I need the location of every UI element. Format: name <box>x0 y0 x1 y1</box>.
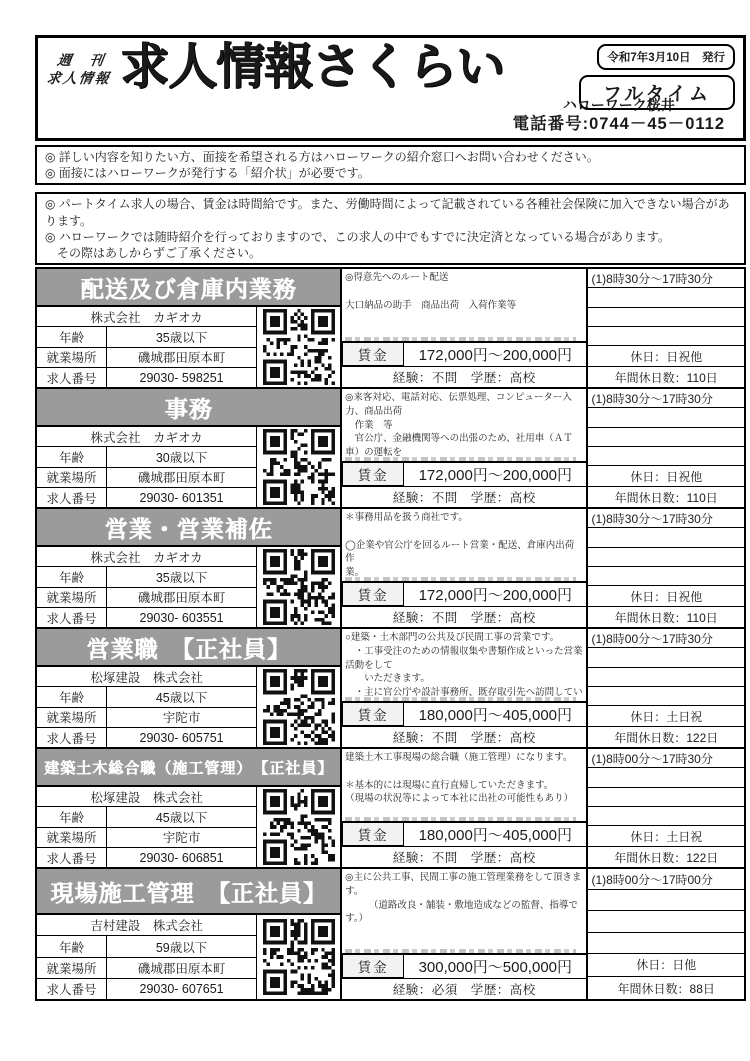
holidays: 休日：土日祝 <box>588 826 744 847</box>
job-number-label: 求人番号 <box>37 488 107 507</box>
age-row: 年齢 59歳以下 <box>37 936 256 957</box>
weekly-label: 週 刊 求人情報 <box>46 52 115 87</box>
company-name: 吉村建設 株式会社 <box>90 916 203 934</box>
location-label: 就業場所 <box>37 708 107 727</box>
job-left-panel: 現場施工管理 【正社員】 吉村建設 株式会社 年齢 59歳以下 就業場所 磯城郡… <box>37 869 340 999</box>
age-value: 35歳以下 <box>107 568 256 586</box>
empty-row <box>588 911 744 932</box>
working-hours: (1)8時00分～17時30分 <box>588 629 744 648</box>
job-info-table: 松塚建設 株式会社 年齢 45歳以下 就業場所 宇陀市 求人番号 29030- … <box>37 667 340 747</box>
age-row: 年齢 30歳以下 <box>37 447 256 467</box>
company-row: 松塚建設 株式会社 <box>37 787 256 807</box>
company-row: 松塚建設 株式会社 <box>37 667 256 687</box>
qr-code <box>256 547 340 627</box>
empty-row <box>588 408 744 427</box>
issue-date-badge: 令和7年3月10日 発行 <box>597 44 735 70</box>
job-number-label: 求人番号 <box>37 608 107 627</box>
qr-code <box>256 915 340 999</box>
job-number-value: 29030- 606851 <box>107 851 256 865</box>
age-label: 年齢 <box>37 447 107 466</box>
page-title: 求人情報さくらい <box>120 42 504 93</box>
experience-education: 経験：不問 学歴：高校 <box>342 726 586 747</box>
location-label: 就業場所 <box>37 348 107 367</box>
job-list: 配送及び倉庫内業務 株式会社 カギオカ 年齢 35歳以下 就業場所 磯城郡田原本… <box>35 267 746 1001</box>
location-label: 就業場所 <box>37 588 107 607</box>
age-row: 年齢 35歳以下 <box>37 567 256 587</box>
location-row: 就業場所 宇陀市 <box>37 828 256 848</box>
job-number-row: 求人番号 29030- 603551 <box>37 608 256 627</box>
annual-holidays: 年間休日数：110日 <box>588 367 744 387</box>
location-value: 磯城郡田原本町 <box>107 348 256 366</box>
age-label: 年齢 <box>37 936 107 956</box>
job-title: 現場施工管理 【正社員】 <box>50 875 327 908</box>
job-right-panel: (1)8時00分～17時30分 休日：土日祝 年間休日数：122日 <box>586 629 744 747</box>
job-card: 事務 株式会社 カギオカ 年齢 30歳以下 就業場所 磯城郡田原本町 <box>35 387 746 509</box>
empty-row <box>588 327 744 346</box>
job-title-bar: 現場施工管理 【正社員】 <box>37 869 340 915</box>
job-description: ◎来客対応、電話対応、伝票処理、コンピューター入 力、商品出荷 作業 等 官公庁… <box>342 389 586 457</box>
job-number-row: 求人番号 29030- 606851 <box>37 848 256 867</box>
wage-value: 172,000円～200,000円 <box>404 463 586 486</box>
holidays: 休日：日他 <box>588 954 744 977</box>
empty-row <box>588 308 744 327</box>
wage-value: 172,000円～200,000円 <box>404 343 586 366</box>
empty-row <box>588 528 744 547</box>
age-row: 年齢 45歳以下 <box>37 687 256 707</box>
wage-label: 賃金 <box>342 342 404 366</box>
job-mid-panel: ◎来客対応、電話対応、伝票処理、コンピューター入 力、商品出荷 作業 等 官公庁… <box>340 389 586 507</box>
empty-row <box>588 648 744 667</box>
notice-box-conditions: ◎ パートタイム求人の場合、賃金は時間給です。また、労働時間によって記載されてい… <box>35 192 746 265</box>
company-name: 松塚建設 株式会社 <box>90 788 203 806</box>
age-row: 年齢 45歳以下 <box>37 807 256 827</box>
job-left-panel: 営業・営業補佐 株式会社 カギオカ 年齢 35歳以下 就業場所 磯城郡田原本町 <box>37 509 340 627</box>
office-contact: ハローワーク桜井 電話番号:0744－45－0112 <box>513 97 725 135</box>
clipped-text-artifact <box>345 457 576 461</box>
location-value: 磯城郡田原本町 <box>107 959 256 977</box>
location-label: 就業場所 <box>37 468 107 487</box>
annual-holidays: 年間休日数：88日 <box>588 977 744 999</box>
location-row: 就業場所 磯城郡田原本町 <box>37 958 256 979</box>
location-row: 就業場所 宇陀市 <box>37 708 256 728</box>
job-mid-panel: ◎主に公共工事、民間工事の施工管理業務をして頂きま す。 （道路改良・舗装・敷地… <box>340 869 586 999</box>
location-row: 就業場所 磯城郡田原本町 <box>37 348 256 368</box>
working-hours: (1)8時00分～17時00分 <box>588 869 744 890</box>
job-info-table: 株式会社 カギオカ 年齢 35歳以下 就業場所 磯城郡田原本町 求人番号 290… <box>37 547 340 627</box>
wage-label: 賃金 <box>342 462 404 486</box>
holidays: 休日：日祝他 <box>588 466 744 487</box>
working-hours: (1)8時30分～17時30分 <box>588 509 744 528</box>
job-card: 現場施工管理 【正社員】 吉村建設 株式会社 年齢 59歳以下 就業場所 磯城郡… <box>35 867 746 1001</box>
location-row: 就業場所 磯城郡田原本町 <box>37 588 256 608</box>
annual-holidays: 年間休日数：110日 <box>588 487 744 507</box>
job-title-bar: 建築土木総合職（施工管理） 【正社員】 <box>37 749 340 787</box>
empty-row <box>588 768 744 787</box>
company-row: 吉村建設 株式会社 <box>37 915 256 936</box>
location-value: 宇陀市 <box>107 828 256 846</box>
experience-education: 経験：不問 学歴：高校 <box>342 606 586 627</box>
job-number-row: 求人番号 29030- 605751 <box>37 728 256 747</box>
empty-row <box>588 890 744 911</box>
job-info-table: 株式会社 カギオカ 年齢 30歳以下 就業場所 磯城郡田原本町 求人番号 290… <box>37 427 340 507</box>
holidays: 休日：土日祝 <box>588 706 744 727</box>
job-right-panel: (1)8時30分～17時30分 休日：日祝他 年間休日数：110日 <box>586 389 744 507</box>
job-info-table: 吉村建設 株式会社 年齢 59歳以下 就業場所 磯城郡田原本町 求人番号 290… <box>37 915 340 999</box>
experience-education: 経験：不問 学歴：高校 <box>342 486 586 507</box>
working-hours: (1)8時30分～17時30分 <box>588 389 744 408</box>
location-row: 就業場所 磯城郡田原本町 <box>37 468 256 488</box>
location-value: 宇陀市 <box>107 708 256 726</box>
job-title-bar: 営業・営業補佐 <box>37 509 340 547</box>
clipped-text-artifact <box>345 337 576 341</box>
notice-box-inquiry: ◎ 詳しい内容を知りたい方、面接を希望される方はハローワークの紹介窓口へお問い合… <box>35 145 746 185</box>
empty-row <box>588 807 744 826</box>
annual-holidays: 年間休日数：122日 <box>588 727 744 747</box>
location-value: 磯城郡田原本町 <box>107 588 256 606</box>
job-number-value: 29030- 607651 <box>107 982 256 996</box>
experience-education: 経験：不問 学歴：高校 <box>342 846 586 867</box>
age-label: 年齢 <box>37 807 107 826</box>
empty-row <box>588 548 744 567</box>
job-mid-panel: ＊事務用品を扱う商社です。 ◯企業や官公庁を回るルート営業・配送、倉庫内出荷作 … <box>340 509 586 627</box>
job-title: 配送及び倉庫内業務 <box>81 271 297 304</box>
job-left-panel: 配送及び倉庫内業務 株式会社 カギオカ 年齢 35歳以下 就業場所 磯城郡田原本… <box>37 269 340 387</box>
job-title: 営業・営業補佐 <box>105 511 273 544</box>
location-value: 磯城郡田原本町 <box>107 468 256 486</box>
office-phone: 電話番号:0744－45－0112 <box>513 114 725 135</box>
wage-label: 賃金 <box>342 702 404 726</box>
holidays: 休日：日祝他 <box>588 346 744 367</box>
job-description: 建築土木工事現場の総合職（施工管理）になります。 ＊基本的には現場に直行直帰して… <box>342 749 586 817</box>
job-title: 営業職 【正社員】 <box>86 631 291 664</box>
job-mid-panel: 建築土木工事現場の総合職（施工管理）になります。 ＊基本的には現場に直行直帰して… <box>340 749 586 867</box>
job-number-label: 求人番号 <box>37 368 107 387</box>
job-card: 営業・営業補佐 株式会社 カギオカ 年齢 35歳以下 就業場所 磯城郡田原本町 <box>35 507 746 629</box>
job-title: 建築土木総合職（施工管理） 【正社員】 <box>44 757 333 778</box>
annual-holidays: 年間休日数：110日 <box>588 607 744 627</box>
qr-code <box>256 307 340 387</box>
age-label: 年齢 <box>37 687 107 706</box>
company-row: 株式会社 カギオカ <box>37 547 256 567</box>
job-card: 営業職 【正社員】 松塚建設 株式会社 年齢 45歳以下 就業場所 宇陀市 <box>35 627 746 749</box>
annual-holidays: 年間休日数：122日 <box>588 847 744 867</box>
job-number-label: 求人番号 <box>37 979 107 999</box>
location-label: 就業場所 <box>37 958 107 978</box>
document-sheet: 週 刊 求人情報 求人情報さくらい 令和7年3月10日 発行 フルタイム ハロー… <box>35 35 746 1001</box>
job-mid-panel: ◎得意先へのルート配送 大口納品の助手 商品出荷 入荷作業等 賃金 172,00… <box>340 269 586 387</box>
wage-label: 賃金 <box>342 582 404 606</box>
wage-value: 172,000円～200,000円 <box>404 583 586 606</box>
wage-label: 賃金 <box>342 954 404 978</box>
job-number-value: 29030- 601351 <box>107 491 256 505</box>
company-name: 株式会社 カギオカ <box>91 428 203 446</box>
empty-row <box>588 687 744 706</box>
age-value: 45歳以下 <box>107 688 256 706</box>
job-number-label: 求人番号 <box>37 848 107 867</box>
empty-row <box>588 933 744 954</box>
working-hours: (1)8時00分～17時30分 <box>588 749 744 768</box>
job-right-panel: (1)8時30分～17時30分 休日：日祝他 年間休日数：110日 <box>586 509 744 627</box>
job-left-panel: 事務 株式会社 カギオカ 年齢 30歳以下 就業場所 磯城郡田原本町 <box>37 389 340 507</box>
clipped-text-artifact <box>345 697 576 701</box>
job-description: ＊事務用品を扱う商社です。 ◯企業や官公庁を回るルート営業・配送、倉庫内出荷作 … <box>342 509 586 577</box>
empty-row <box>588 567 744 586</box>
empty-row <box>588 668 744 687</box>
wage-value: 180,000円～405,000円 <box>404 823 586 846</box>
wage-value: 180,000円～405,000円 <box>404 703 586 726</box>
wage-row: 賃金 180,000円～405,000円 <box>342 821 586 846</box>
empty-row <box>588 788 744 807</box>
job-title-bar: 配送及び倉庫内業務 <box>37 269 340 307</box>
company-name: 松塚建設 株式会社 <box>90 668 203 686</box>
job-right-panel: (1)8時30分～17時30分 休日：日祝他 年間休日数：110日 <box>586 269 744 387</box>
holidays: 休日：日祝他 <box>588 586 744 607</box>
wage-value: 300,000円～500,000円 <box>404 955 586 978</box>
job-info-table: 松塚建設 株式会社 年齢 45歳以下 就業場所 宇陀市 求人番号 29030- … <box>37 787 340 867</box>
clipped-text-artifact <box>345 817 576 821</box>
age-value: 35歳以下 <box>107 328 256 346</box>
job-number-value: 29030- 603551 <box>107 611 256 625</box>
empty-row <box>588 428 744 447</box>
experience-education: 経験：必須 学歴：高校 <box>342 978 586 999</box>
job-number-value: 29030- 598251 <box>107 371 256 385</box>
age-label: 年齢 <box>37 327 107 346</box>
clipped-text-artifact <box>345 949 576 953</box>
office-name: ハローワーク桜井 <box>513 97 725 115</box>
empty-row <box>588 447 744 466</box>
job-right-panel: (1)8時00分～17時30分 休日：土日祝 年間休日数：122日 <box>586 749 744 867</box>
wage-row: 賃金 300,000円～500,000円 <box>342 953 586 978</box>
job-title-bar: 事務 <box>37 389 340 427</box>
job-mid-panel: ○建築・土木部門の公共及び民間工事の営業です。 ・工事受注のための情報収集や書類… <box>340 629 586 747</box>
job-number-label: 求人番号 <box>37 728 107 747</box>
wage-row: 賃金 172,000円～200,000円 <box>342 581 586 606</box>
empty-row <box>588 288 744 307</box>
job-title-bar: 営業職 【正社員】 <box>37 629 340 667</box>
job-number-row: 求人番号 29030- 598251 <box>37 368 256 387</box>
job-left-panel: 営業職 【正社員】 松塚建設 株式会社 年齢 45歳以下 就業場所 宇陀市 <box>37 629 340 747</box>
job-description: ○建築・土木部門の公共及び民間工事の営業です。 ・工事受注のための情報収集や書類… <box>342 629 586 697</box>
wage-row: 賃金 172,000円～200,000円 <box>342 341 586 366</box>
wage-label: 賃金 <box>342 822 404 846</box>
job-number-value: 29030- 605751 <box>107 731 256 745</box>
job-info-table: 株式会社 カギオカ 年齢 35歳以下 就業場所 磯城郡田原本町 求人番号 290… <box>37 307 340 387</box>
company-name: 株式会社 カギオカ <box>91 308 203 326</box>
clipped-text-artifact <box>345 577 576 581</box>
job-description: ◎主に公共工事、民間工事の施工管理業務をして頂きま す。 （道路改良・舗装・敷地… <box>342 869 586 949</box>
job-title: 事務 <box>165 391 213 424</box>
location-label: 就業場所 <box>37 828 107 847</box>
experience-education: 経験：不問 学歴：高校 <box>342 366 586 387</box>
job-description: ◎得意先へのルート配送 大口納品の助手 商品出荷 入荷作業等 <box>342 269 586 337</box>
job-right-panel: (1)8時00分～17時00分 休日：日他 年間休日数：88日 <box>586 869 744 999</box>
age-value: 59歳以下 <box>107 938 256 956</box>
job-card: 配送及び倉庫内業務 株式会社 カギオカ 年齢 35歳以下 就業場所 磯城郡田原本… <box>35 267 746 389</box>
job-left-panel: 建築土木総合職（施工管理） 【正社員】 松塚建設 株式会社 年齢 45歳以下 就… <box>37 749 340 867</box>
company-row: 株式会社 カギオカ <box>37 427 256 447</box>
age-value: 30歳以下 <box>107 448 256 466</box>
qr-code <box>256 787 340 867</box>
qr-code <box>256 427 340 507</box>
age-value: 45歳以下 <box>107 808 256 826</box>
wage-row: 賃金 172,000円～200,000円 <box>342 461 586 486</box>
job-card: 建築土木総合職（施工管理） 【正社員】 松塚建設 株式会社 年齢 45歳以下 就… <box>35 747 746 869</box>
working-hours: (1)8時30分～17時30分 <box>588 269 744 288</box>
qr-code <box>256 667 340 747</box>
company-row: 株式会社 カギオカ <box>37 307 256 327</box>
company-name: 株式会社 カギオカ <box>91 548 203 566</box>
job-number-row: 求人番号 29030- 601351 <box>37 488 256 507</box>
job-number-row: 求人番号 29030- 607651 <box>37 979 256 999</box>
wage-row: 賃金 180,000円～405,000円 <box>342 701 586 726</box>
age-label: 年齢 <box>37 567 107 586</box>
masthead-box: 週 刊 求人情報 求人情報さくらい 令和7年3月10日 発行 フルタイム ハロー… <box>35 35 746 141</box>
age-row: 年齢 35歳以下 <box>37 327 256 347</box>
